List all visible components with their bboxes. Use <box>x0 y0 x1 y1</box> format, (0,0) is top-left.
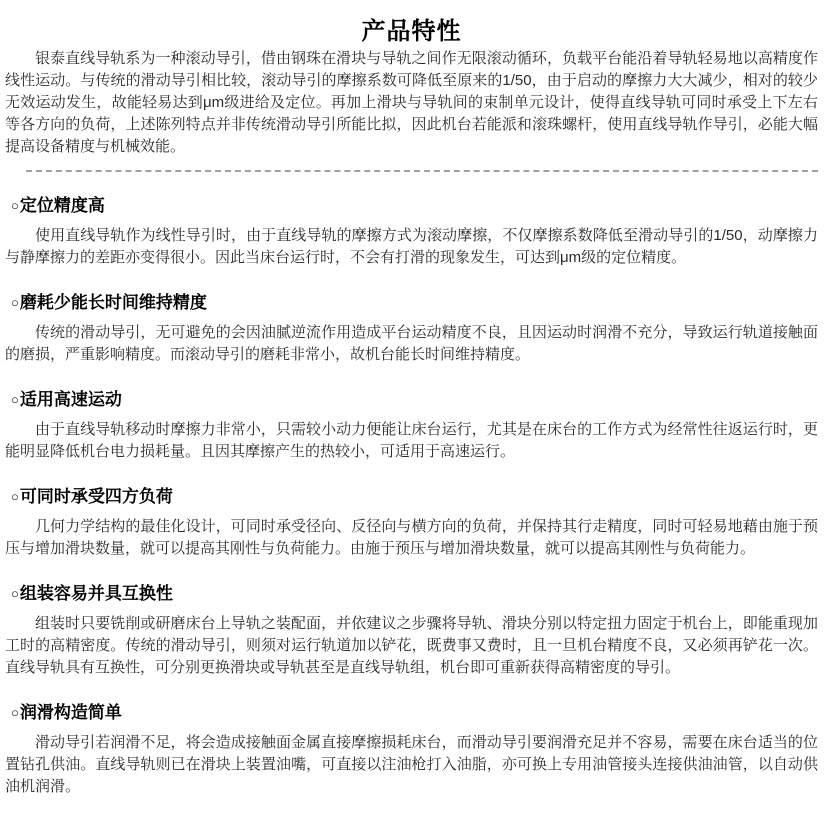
circle-bullet-icon: ○ <box>11 389 19 411</box>
section-heading-text: 可同时承受四方负荷 <box>20 486 173 508</box>
section-paragraph: 滑动导引若润滑不足，将会造成接触面金属直接摩擦损耗床台，而滑动导引要润滑充足并不… <box>5 732 818 798</box>
dashed-divider <box>26 170 818 172</box>
section-low-wear: ○ 磨耗少能长时间维持精度 传统的滑动导引，无可避免的会因油腻逆流作用造成平台运… <box>5 292 818 366</box>
section-four-direction-load: ○ 可同时承受四方负荷 几何力学结构的最佳化设计，可同时承受径向、反径向与横方向… <box>5 486 818 560</box>
section-easy-assembly: ○ 组装容易并具互换性 组装时只要铣削或研磨床台上导轨之装配面，并依建议之步骤将… <box>5 583 818 679</box>
document-page: 产品特性 银泰直线导轨系为一种滚动导引，借由钢珠在滑块与导轨之间作无限滚动循环，… <box>0 0 825 798</box>
section-heading: ○ 组装容易并具互换性 <box>11 583 818 605</box>
section-positioning-accuracy: ○ 定位精度高 使用直线导轨作为线性导引时，由于直线导轨的摩擦方式为滚动摩擦，不… <box>5 195 818 269</box>
section-heading-text: 组装容易并具互换性 <box>20 583 173 605</box>
section-paragraph: 由于直线导轨移动时摩擦力非常小，只需较小动力便能让床台运行，尤其是在床台的工作方… <box>5 419 818 463</box>
section-heading: ○ 润滑构造简单 <box>11 702 818 724</box>
circle-bullet-icon: ○ <box>11 583 19 605</box>
section-simple-lubrication: ○ 润滑构造简单 滑动导引若润滑不足，将会造成接触面金属直接摩擦损耗床台，而滑动… <box>5 702 818 798</box>
section-heading-text: 润滑构造简单 <box>20 702 122 724</box>
section-heading-text: 适用高速运动 <box>20 389 122 411</box>
intro-paragraph: 银泰直线导轨系为一种滚动导引，借由钢珠在滑块与导轨之间作无限滚动循环，负载平台能… <box>5 48 818 158</box>
circle-bullet-icon: ○ <box>11 195 19 217</box>
section-heading: ○ 可同时承受四方负荷 <box>11 486 818 508</box>
section-heading-text: 定位精度高 <box>20 195 105 217</box>
section-paragraph: 传统的滑动导引，无可避免的会因油腻逆流作用造成平台运动精度不良，且因运动时润滑不… <box>5 322 818 366</box>
circle-bullet-icon: ○ <box>11 702 19 724</box>
section-paragraph: 使用直线导轨作为线性导引时，由于直线导轨的摩擦方式为滚动摩擦，不仅摩擦系数降低至… <box>5 225 818 269</box>
section-heading: ○ 适用高速运动 <box>11 389 818 411</box>
section-high-speed: ○ 适用高速运动 由于直线导轨移动时摩擦力非常小，只需较小动力便能让床台运行，尤… <box>5 389 818 463</box>
section-heading-text: 磨耗少能长时间维持精度 <box>20 292 207 314</box>
section-paragraph: 组装时只要铣削或研磨床台上导轨之装配面，并依建议之步骤将导轨、滑块分别以特定扭力… <box>5 613 818 679</box>
page-title: 产品特性 <box>5 16 818 48</box>
circle-bullet-icon: ○ <box>11 292 19 314</box>
section-heading: ○ 磨耗少能长时间维持精度 <box>11 292 818 314</box>
section-heading: ○ 定位精度高 <box>11 195 818 217</box>
circle-bullet-icon: ○ <box>11 486 19 508</box>
section-paragraph: 几何力学结构的最佳化设计，可同时承受径向、反径向与横方向的负荷，并保持其行走精度… <box>5 516 818 560</box>
